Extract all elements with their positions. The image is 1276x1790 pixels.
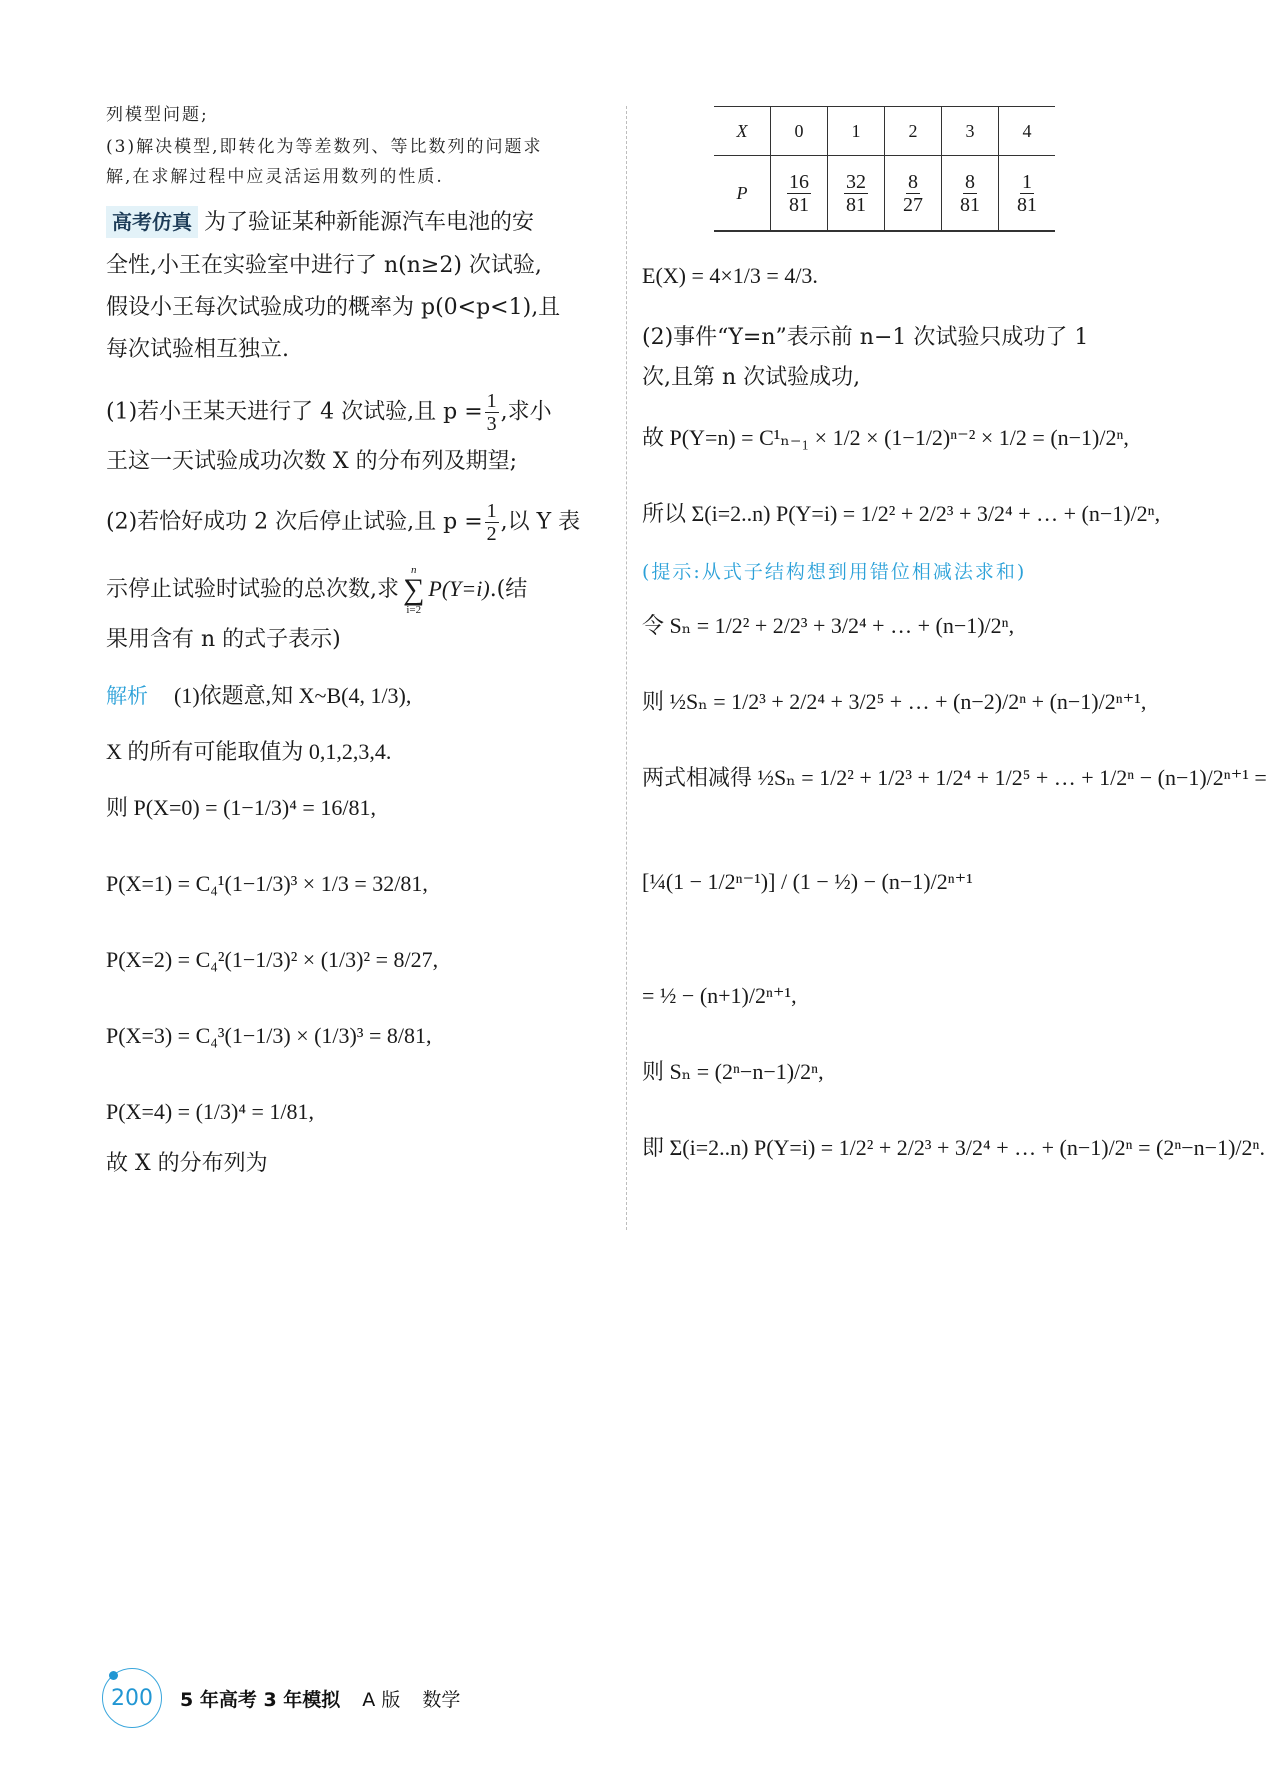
half-sn: 则 ½Sₙ = 1/2³ + 2/2⁴ + 3/2⁵ + … + (n−2)/2… [642,686,1146,718]
sum-expression: P(Y=i) [428,576,489,601]
table-cell: 181 [999,156,1056,232]
distribution-intro: 故 X 的分布列为 [106,1148,268,1180]
table-header-cell: 0 [771,107,828,156]
expectation: E(X) = 4×1/3 = 4/3. [642,260,818,292]
final-answer: 即 Σ(i=2..n) P(Y=i) = 1/2² + 2/2³ + 3/2⁴ … [642,1132,1265,1164]
table-row-x: X 0 1 2 3 4 [714,107,1055,156]
table-header-cell: 3 [942,107,999,156]
question-2-line-3: 果用含有 n 的式子表示) [106,624,341,656]
geometric-sum: [¼(1 − 1/2ⁿ⁻¹)] / (1 − ½) − (n−1)/2ⁿ⁺¹ [642,866,973,898]
hint-text: (提示:从式子结构想到用错位相减法求和) [642,556,1026,588]
problem-line-3: 假设小王每次试验成功的概率为 p(0<p<1),且 [106,292,560,324]
table-row-p: P 1681 3281 827 881 181 [714,156,1055,232]
table-header-cell: 4 [999,107,1056,156]
problem-line-2: 全性,小王在实验室中进行了 n(n≥2) 次试验, [106,250,542,282]
fraction: 12 [485,500,499,545]
page-number-badge: 200 [102,1668,162,1728]
q2-text-end: .(结 [490,577,528,602]
solution-line-2: X 的所有可能取值为 0,1,2,3,4. [106,736,391,768]
probability-x4: P(X=4) = (1/3)⁴ = 1/81, [106,1096,314,1128]
q1-text-end: ,求小 [501,400,552,425]
problem-text: 为了验证某种新能源汽车电池的安 [204,210,534,235]
book-edition: A 版 [362,1685,400,1712]
q2-text: 示停止试验时试验的总次数,求 [106,577,399,602]
probability-y-n: 故 P(Y=n) = C¹ₙ₋₁ × 1/2 × (1−1/2)ⁿ⁻² × 1/… [642,422,1129,454]
intro-line-1: 列模型问题; [106,100,209,130]
subtraction-step: 两式相减得 ½Sₙ = 1/2² + 1/2³ + 1/2⁴ + 1/2⁵ + … [642,762,1267,794]
problem-line-4: 每次试验相互独立. [106,334,289,366]
question-2-line-2: 示停止试验时试验的总次数,求n∑i=2P(Y=i).(结 [106,564,527,616]
sum-expression: 所以 Σ(i=2..n) P(Y=i) = 1/2² + 2/2³ + 3/2⁴… [642,498,1160,530]
part2-line-2: 次,且第 n 次试验成功, [642,362,860,394]
q2-text: (2)若恰好成功 2 次后停止试验,且 p = [106,510,483,535]
question-1-line-2: 王这一天试验成功次数 X 的分布列及期望; [106,446,517,478]
problem-line-1: 高考仿真为了验证某种新能源汽车电池的安 [106,206,534,239]
fraction: 13 [485,390,499,435]
distribution-table: X 0 1 2 3 4 P 1681 3281 827 881 181 [714,106,1055,232]
table-row-label: P [714,156,771,232]
book-subject: 数学 [422,1685,460,1712]
book-title: 5 年高考 3 年模拟 [180,1685,340,1712]
table-header-cell: 1 [828,107,885,156]
summation: n∑i=2 [403,564,424,616]
probability-x1: P(X=1) = C₄¹(1−1/3)³ × 1/3 = 32/81, [106,868,428,900]
probability-x2: P(X=2) = C₄²(1−1/3)² × (1/3)² = 8/27, [106,944,438,976]
sn-definition: 令 Sₙ = 1/2² + 2/2³ + 3/2⁴ + … + (n−1)/2ⁿ… [642,610,1014,642]
solution-text: (1)依题意,知 X~B(4, 1/3), [174,683,411,708]
page-footer: 200 5 年高考 3 年模拟 A 版 数学 [102,1668,460,1728]
table-cell: 3281 [828,156,885,232]
column-divider [626,106,627,1230]
question-1-line-1: (1)若小王某天进行了 4 次试验,且 p =13,求小 [106,390,552,435]
question-2-line-1: (2)若恰好成功 2 次后停止试验,且 p =12,以 Y 表 [106,500,580,545]
gaokao-simulation-tag: 高考仿真 [106,206,198,238]
intro-line-2: (3)解决模型,即转化为等差数列、等比数列的问题求 [106,132,542,162]
sn-result: 则 Sₙ = (2ⁿ−n−1)/2ⁿ, [642,1056,824,1088]
solution-line-1: 解析(1)依题意,知 X~B(4, 1/3), [106,680,411,713]
intro-line-3: 解,在求解过程中应灵活运用数列的性质. [106,162,444,192]
probability-x0: 则 P(X=0) = (1−1/3)⁴ = 16/81, [106,792,376,824]
dot-icon [109,1671,118,1680]
solution-tag: 解析 [106,680,148,712]
page-number: 200 [111,1686,153,1711]
q2-text-end: ,以 Y 表 [501,510,581,535]
simplified-result: = ½ − (n+1)/2ⁿ⁺¹, [642,980,797,1012]
probability-x3: P(X=3) = C₄³(1−1/3) × (1/3)³ = 8/81, [106,1020,432,1052]
table-header-cell: 2 [885,107,942,156]
table-cell: 1681 [771,156,828,232]
table-header-cell: X [714,107,771,156]
table-cell: 881 [942,156,999,232]
q1-text: (1)若小王某天进行了 4 次试验,且 p = [106,400,483,425]
table-cell: 827 [885,156,942,232]
part2-line-1: (2)事件“Y=n”表示前 n−1 次试验只成功了 1 [642,322,1088,354]
